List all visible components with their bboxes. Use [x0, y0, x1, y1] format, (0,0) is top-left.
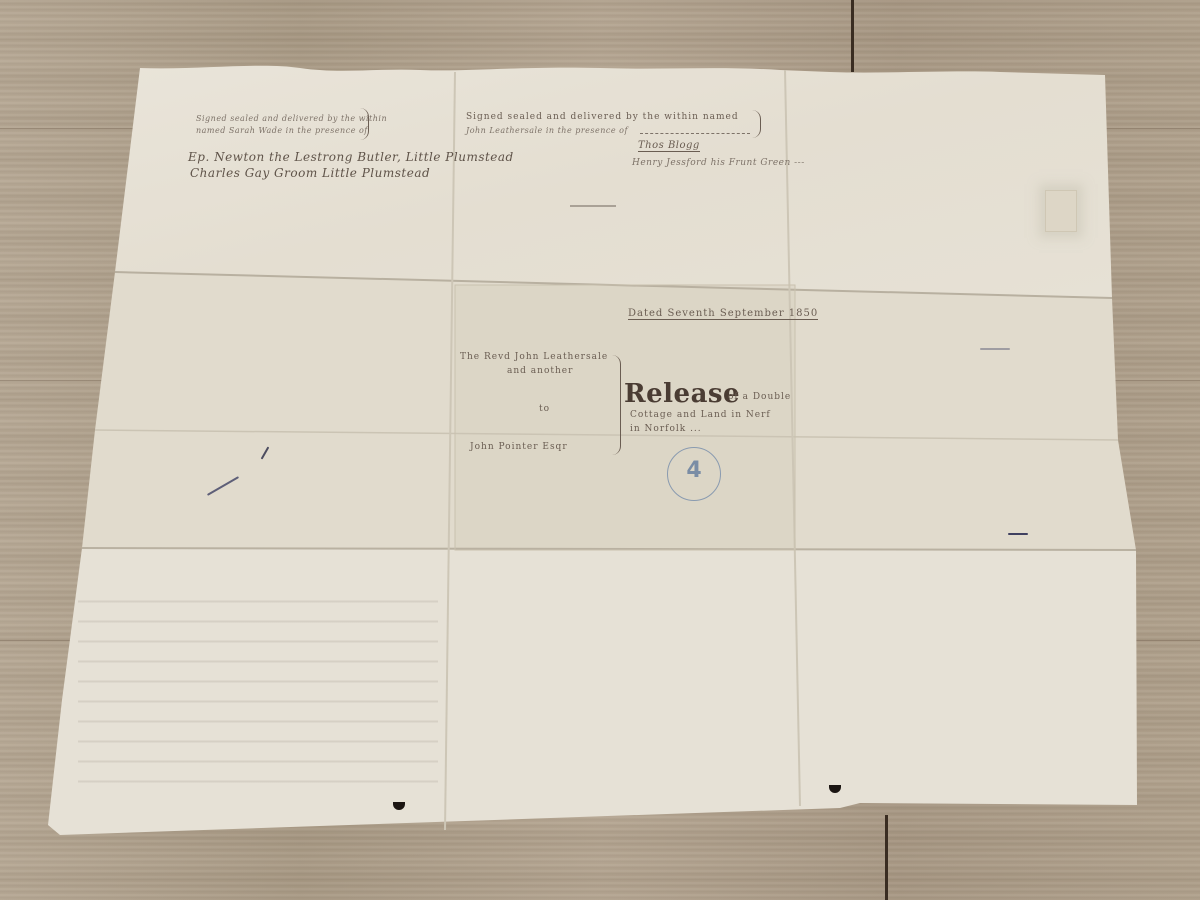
witness-signature: Ep. Newton the Lestrong Butler, Little P…: [188, 150, 514, 164]
attestation-line: Signed sealed and delivered by the withi…: [466, 112, 739, 122]
vellum-deed-document: Signed sealed and delivered by the withi…: [0, 0, 1200, 900]
faded-text-block: [78, 590, 438, 790]
attestation-line: Signed sealed and delivered by the withi…: [196, 114, 387, 123]
deed-date: Dated Seventh September 1850: [628, 308, 818, 320]
witness-signature: Charles Gay Groom Little Plumstead: [190, 166, 430, 180]
duty-stamp: [1045, 190, 1077, 232]
property-description: Cottage and Land in Nerf: [630, 410, 771, 420]
circled-archive-number: 4: [667, 447, 721, 501]
ink-mark: [570, 205, 616, 207]
signature: Thos Blogg: [638, 140, 700, 152]
property-description: of a Double: [728, 392, 791, 402]
grantor-name: The Revd John Leathersale: [460, 352, 608, 362]
attestation-line: named Sarah Wade in the presence of: [196, 126, 368, 135]
ink-streak: [1008, 533, 1028, 535]
archive-number: 4: [668, 458, 720, 483]
witness-signature: Henry Jessford his Frunt Green ---: [632, 158, 805, 168]
grantee-name: John Pointer Esqr: [470, 442, 568, 452]
dashed-rule: [640, 133, 750, 134]
brace-mark: [612, 355, 621, 455]
brace-mark: [360, 108, 369, 140]
property-description: in Norfolk ...: [630, 424, 702, 434]
attestation-line: John Leathersale in the presence of: [466, 126, 628, 135]
grantor-suffix: and another: [507, 366, 573, 376]
ink-streak: [980, 348, 1010, 350]
to-label: to: [539, 404, 550, 414]
deed-title: Release: [624, 379, 740, 409]
